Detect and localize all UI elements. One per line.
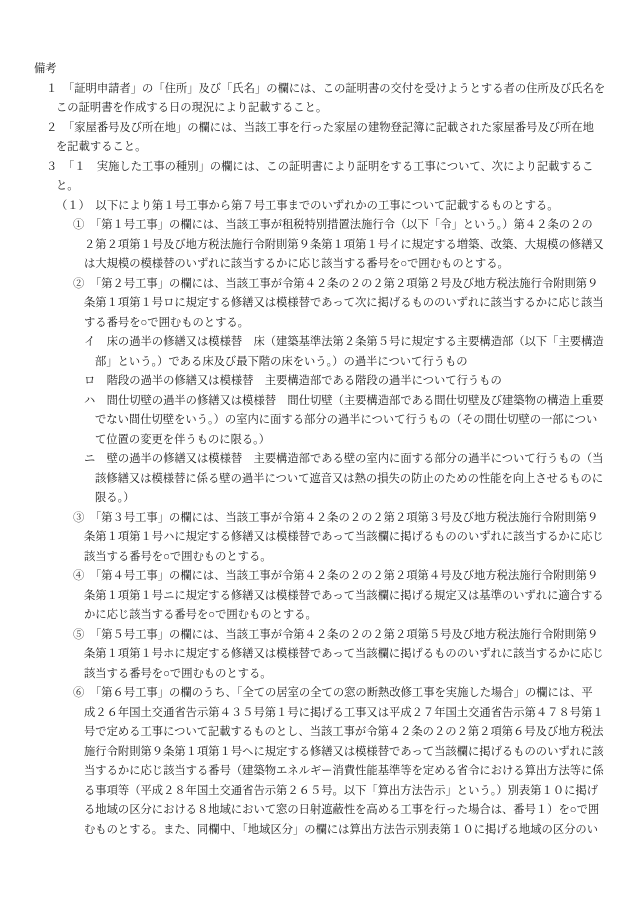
doc-line: ２第２項第１号及び地方税法施行令附則第９条第１項第１号イに規定する増築、改築、大…	[34, 236, 610, 256]
doc-line: ② 「第２号工事」の欄には、当該工事が令第４２条の２の２第２項第２号及び地方税法…	[34, 275, 610, 295]
doc-line: むものとする。また、同欄中、「地域区分」の欄には算出方法告示別表第１０に掲げる地…	[34, 821, 610, 841]
doc-line: イ 床の過半の修繕又は模様替 床（建築基準法第２条第５号に規定する主要構造部（以…	[34, 333, 610, 353]
doc-line: 条第１項第１号ハに規定する修繕又は模様替であって当該欄に掲げるもののいずれに該当…	[34, 528, 610, 548]
doc-line: 号で定める工事について記載するものとし、当該工事が令第４２条の２の２第２項第６号…	[34, 723, 610, 743]
doc-line: 条第１項第１号ニに規定する修繕又は模様替であって当該欄に掲げる規定又は基準のいず…	[34, 587, 610, 607]
doc-line: は大規模の模様替のいずれに該当するかに応じ該当する番号を○で囲むものとする。	[34, 255, 610, 275]
remarks-document: 備考１ 「証明申請者」の「住所」及び「氏名」の欄には、この証明書の交付を受けよう…	[34, 60, 610, 840]
doc-line: １ 「証明申請者」の「住所」及び「氏名」の欄には、この証明書の交付を受けようとす…	[34, 80, 610, 100]
doc-line: ⑤ 「第５号工事」の欄には、当該工事が令第４２条の２の２第２項第５号及び地方税法…	[34, 626, 610, 646]
doc-line: 成２６年国土交通省告示第４３５号第１号に掲げる工事又は平成２７年国土交通省告示第…	[34, 704, 610, 724]
doc-line: ２ 「家屋番号及び所在地」の欄には、当該工事を行った家屋の建物登記簿に記載された…	[34, 119, 610, 139]
doc-line: ３ 「１ 実施した工事の種別」の欄には、この証明書により証明をする工事について、…	[34, 158, 610, 178]
doc-line: ロ 階段の過半の修繕又は模様替 主要構造部である階段の過半について行うもの	[34, 372, 610, 392]
doc-line: 当するかに応じ該当する番号（建築物エネルギー消費性能基準等を定める省令における算…	[34, 762, 610, 782]
doc-line: 施行令附則第９条第１項第１号ヘに規定する修繕又は模様替であって当該欄に掲げるもの…	[34, 743, 610, 763]
doc-line: 部」という。）である床及び最下階の床をいう。）の過半について行うもの	[34, 353, 610, 373]
doc-line: 該修繕又は模様替に係る壁の過半について遮音又は熱の損失の防止のための性能を向上さ…	[34, 470, 610, 490]
doc-line: ハ 間仕切壁の過半の修繕又は模様替 間仕切壁（主要構造部である間仕切壁及び建築物…	[34, 392, 610, 412]
doc-line: 条第１項第１号ロに規定する修繕又は模様替であって次に掲げるもののいずれに該当する…	[34, 294, 610, 314]
doc-line: 限る。）	[34, 489, 610, 509]
doc-line: この証明書を作成する日の現況により記載すること。	[34, 99, 610, 119]
doc-line: ニ 壁の過半の修繕又は模様替 主要構造部である壁の室内に面する部分の過半について…	[34, 450, 610, 470]
doc-line: ④ 「第４号工事」の欄には、当該工事が令第４２条の２の２第２項第４号及び地方税法…	[34, 567, 610, 587]
doc-line: （１） 以下により第１号工事から第７号工事までのいずれかの工事について記載するも…	[34, 197, 610, 217]
doc-line: 備考	[34, 60, 610, 80]
doc-line: と。	[34, 177, 610, 197]
doc-line: ③ 「第３号工事」の欄には、当該工事が令第４２条の２の２第２項第３号及び地方税法…	[34, 509, 610, 529]
doc-line: て位置の変更を伴うものに限る。）	[34, 431, 610, 451]
doc-line: 条第１項第１号ホに規定する修繕又は模様替であって当該欄に掲げるもののいずれに該当…	[34, 645, 610, 665]
doc-line: る事項等（平成２８年国土交通省告示第２６５号。以下「算出方法告示」という。）別表…	[34, 782, 610, 802]
doc-line: ① 「第１号工事」の欄には、当該工事が租税特別措置法施行令（以下「令」という。）…	[34, 216, 610, 236]
doc-line: を記載すること。	[34, 138, 610, 158]
doc-line: かに応じ該当する番号を○で囲むものとする。	[34, 606, 610, 626]
doc-line: ⑥ 「第６号工事」の欄のうち、「全ての居室の全ての窓の断熱改修工事を実施した場合…	[34, 684, 610, 704]
doc-line: 該当する番号を○で囲むものとする。	[34, 665, 610, 685]
doc-line: る地域の区分における８地域において窓の日射遮蔽性を高める工事を行った場合は、番号…	[34, 801, 610, 821]
doc-line: 該当する番号を○で囲むものとする。	[34, 548, 610, 568]
doc-line: でない間仕切壁をいう。）の室内に面する部分の過半について行うもの（その間仕切壁の…	[34, 411, 610, 431]
doc-line: する番号を○で囲むものとする。	[34, 314, 610, 334]
